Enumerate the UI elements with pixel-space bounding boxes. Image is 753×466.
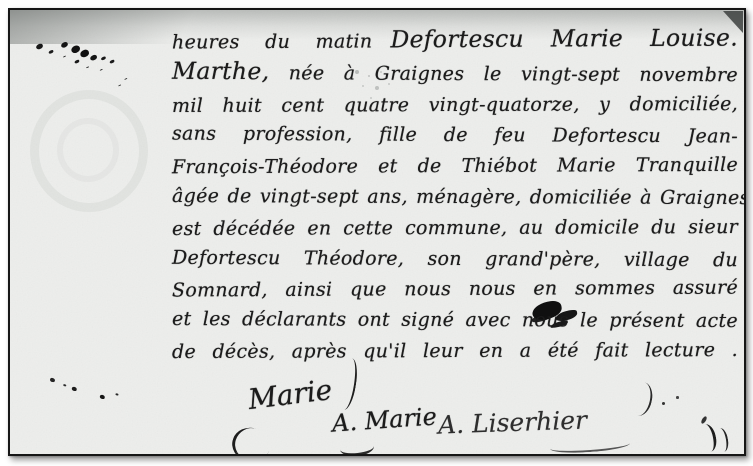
ink-speck-row-left xyxy=(50,378,56,383)
handwriting-text: heures du matinDefortescu Marie Louise.M… xyxy=(172,24,738,367)
pen-arc-mark xyxy=(627,380,656,418)
cut-off-signature-stroke xyxy=(339,438,374,454)
name-text: Defortescu Marie Louise. xyxy=(390,24,738,54)
handwritten-line: heures du matinDefortescu Marie Louise. xyxy=(172,23,738,59)
handwritten-line: sans profession, fille de feu Defortescu… xyxy=(172,119,738,153)
embossed-seal-inner xyxy=(57,118,119,182)
line-text: est décédée en cette commune, au domicil… xyxy=(172,216,738,240)
line-text: Defortescu Théodore, son grand'père, vil… xyxy=(172,246,738,270)
name-text: Marthe, xyxy=(172,57,269,85)
cut-off-signature-loop xyxy=(228,423,275,454)
handwritten-line: François-Théodore et de Thiébot Marie Tr… xyxy=(172,150,738,183)
screenshot-stage: heures du matinDefortescu Marie Louise.M… xyxy=(0,0,753,466)
line-text: âgée de vingt-sept ans, ménagère, domici… xyxy=(172,185,744,209)
scanned-document-frame: heures du matinDefortescu Marie Louise.M… xyxy=(8,8,746,456)
line-text: de décès, après qu'il leur en a été fait… xyxy=(172,339,738,363)
line-text: Somnard, ainsi que nous nous en sommes a… xyxy=(172,277,738,302)
handwritten-line: est décédée en cette commune, au domicil… xyxy=(172,212,738,245)
line-text: mil huit cent quatre vingt-quatorze, y d… xyxy=(172,93,738,117)
ink-blot-cluster-top-left xyxy=(35,43,43,50)
line-text: sans profession, fille de feu Defortescu… xyxy=(172,123,738,148)
line-text: François-Théodore et de Thiébot Marie Tr… xyxy=(172,154,738,178)
handwritten-line: de décès, après qu'il leur en a été fait… xyxy=(172,335,738,368)
handwritten-line: Marthe, née à Graignes le vingt-sept nov… xyxy=(172,56,738,91)
handwritten-line: Defortescu Théodore, son grand'père, vil… xyxy=(172,242,738,275)
line-text: née à Graignes le vingt-sept novembre xyxy=(269,62,738,86)
line-text: heures du matin xyxy=(172,30,373,53)
cut-off-signature-stroke xyxy=(550,437,631,454)
handwritten-line: Somnard, ainsi que nous nous en sommes a… xyxy=(172,273,738,307)
pen-dot xyxy=(662,402,665,405)
pen-dot xyxy=(676,396,679,399)
handwritten-line: mil huit cent quatre vingt-quatorze, y d… xyxy=(172,89,738,122)
signature: Marie xyxy=(246,373,334,416)
line-text: et les déclarants ont signé avec nous le… xyxy=(172,308,738,332)
handwritten-line: âgée de vingt-sept ans, ménagère, domici… xyxy=(172,181,738,214)
cut-off-signature-stroke xyxy=(714,427,730,453)
signature: A. Liserhier xyxy=(438,405,588,439)
scanned-paper: heures du matinDefortescu Marie Louise.M… xyxy=(10,10,744,454)
embossed-seal xyxy=(30,90,148,212)
handwritten-line: et les déclarants ont signé avec nous le… xyxy=(172,304,738,337)
